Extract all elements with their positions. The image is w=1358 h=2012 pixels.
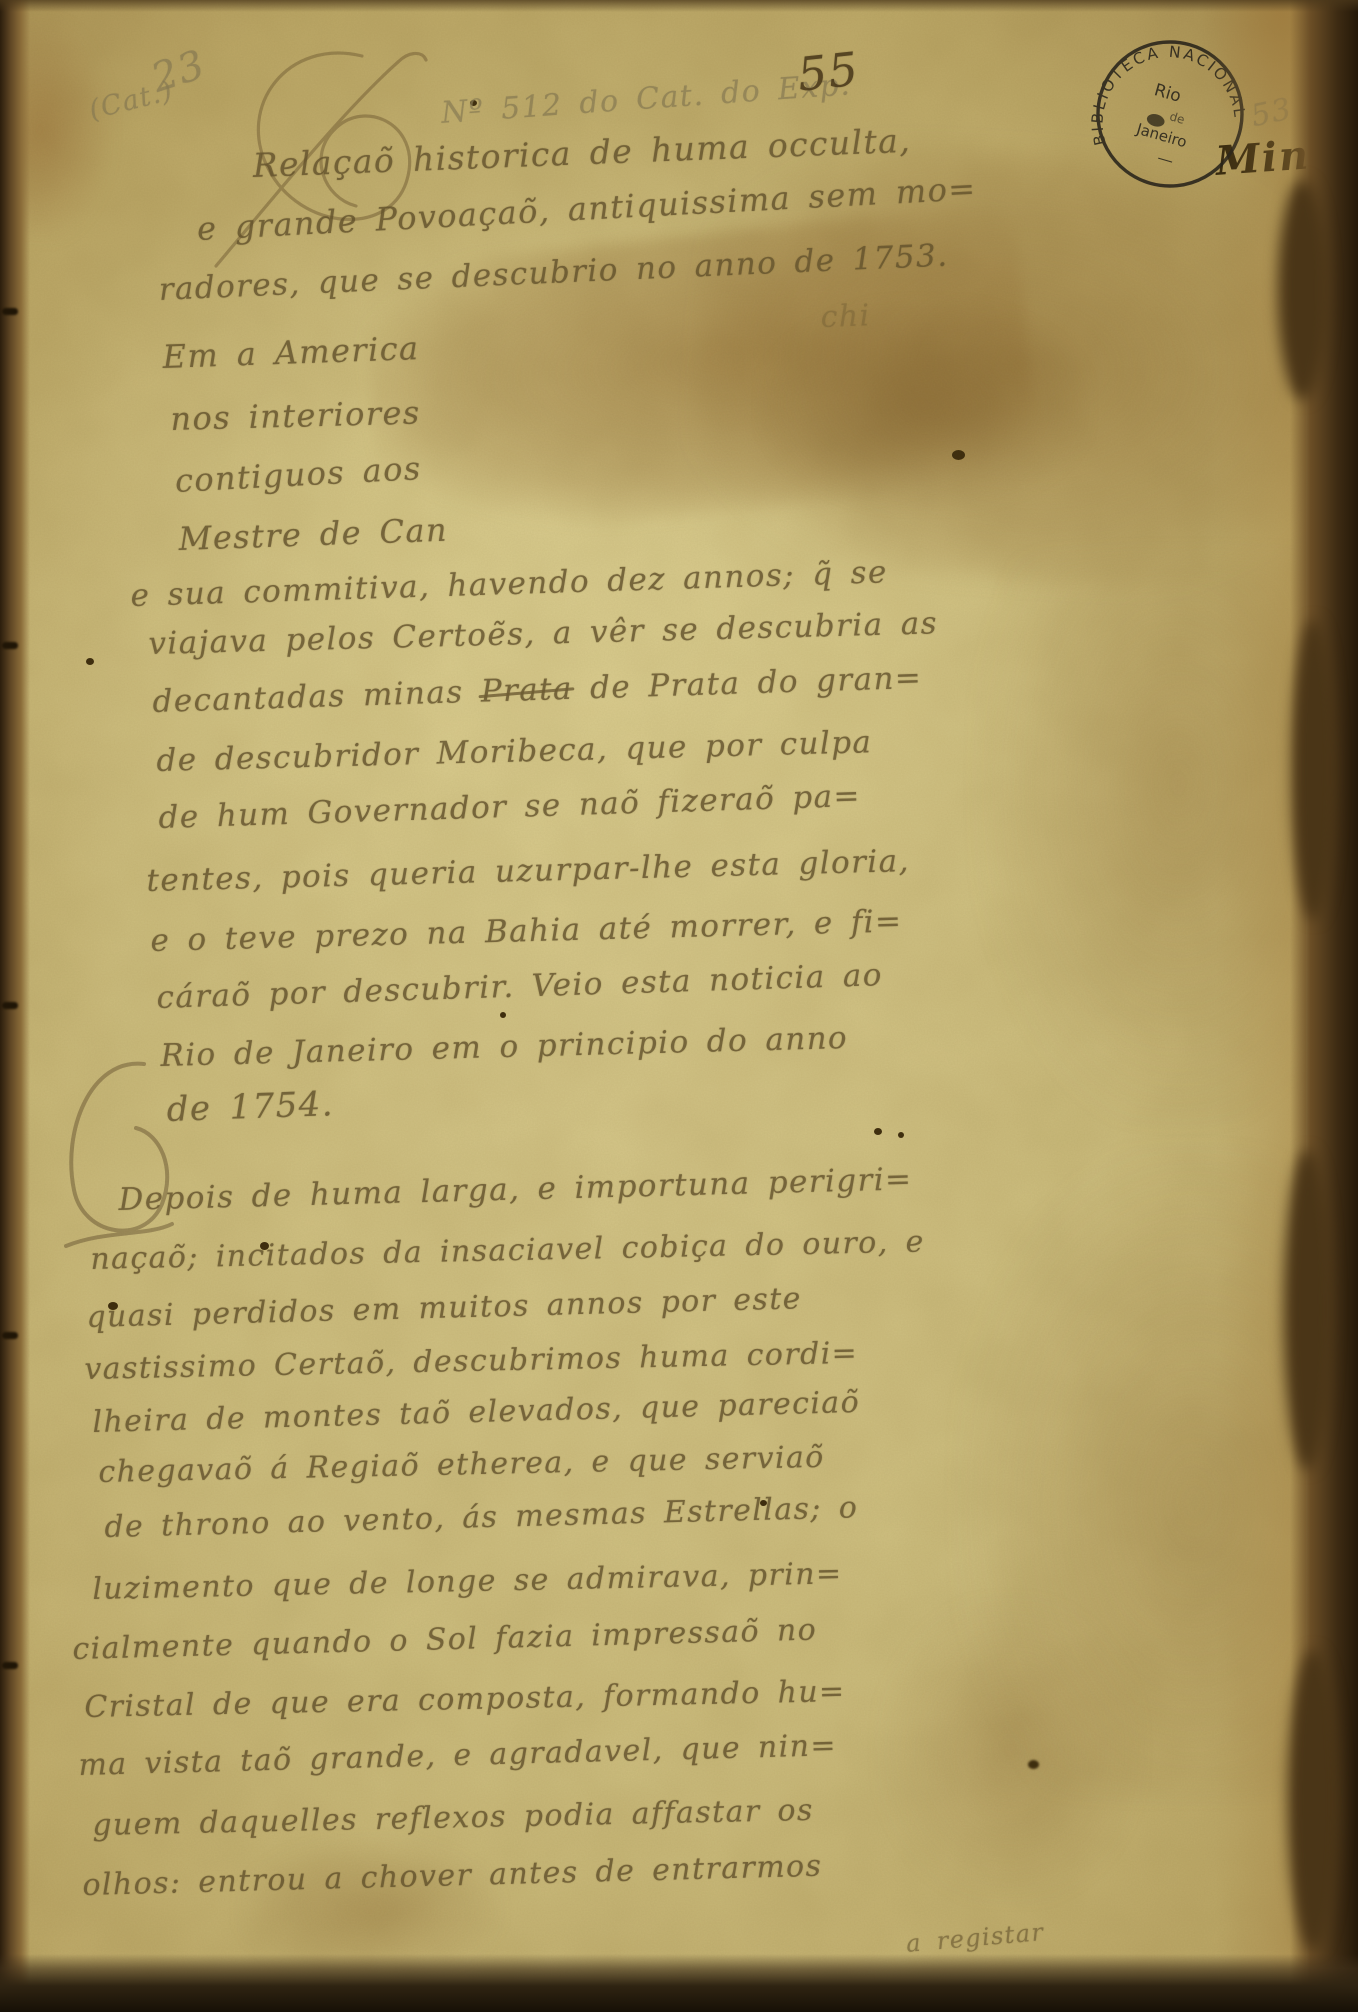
manuscript-line: de throno ao vento, ás mesmas Estrellas;… (104, 1490, 859, 1545)
manuscript-line: ma vista taõ grande, e agradavel, que ni… (78, 1728, 837, 1783)
binding-stitch (2, 1662, 18, 1669)
ink-speck (500, 1012, 506, 1018)
line-text: decantadas minas (152, 674, 481, 720)
torn-edge-blob (1292, 620, 1336, 920)
line-text: de hum Governador se naõ fizeraõ pa= (158, 778, 861, 836)
line-text: e o teve prezo na Bahia até morrer, e fi… (150, 903, 903, 959)
manuscript-line: contiguos aos (174, 449, 422, 500)
manuscript-line: vastissimo Certaõ, descubrimos huma cord… (84, 1336, 859, 1387)
catchword: a registar (905, 1918, 1045, 1958)
page-top-edge (0, 0, 1358, 12)
manuscript-line: Depois de huma larga, e importuna perigr… (118, 1161, 913, 1218)
line-text: chi (820, 298, 871, 335)
ink-speck (1028, 1760, 1039, 1769)
line-text: Em a America (162, 329, 420, 376)
line-text: quasi perdidos em muitos annos por este (86, 1281, 802, 1335)
manuscript-line: Relaçaõ historica de huma occulta, (252, 121, 912, 185)
ink-speck (898, 1132, 904, 1138)
line-text: chegavaõ á Regiaõ etherea, e que serviaõ (98, 1440, 825, 1490)
struck-word: Prata (480, 671, 573, 710)
line-text: de 1754. (166, 1084, 335, 1130)
ink-speck (86, 658, 94, 665)
binding-stitch (2, 1002, 18, 1009)
line-text: viajava pelos Certoẽs, a vêr se descubri… (148, 605, 938, 662)
line-text: de Prata do gran= (572, 660, 922, 707)
line-text: ma vista taõ grande, e agradavel, que ni… (78, 1728, 837, 1783)
manuscript-line: guem daquelles reflexos podia affastar o… (92, 1793, 814, 1843)
binding-stitch (2, 642, 18, 649)
manuscript-line: naçaõ; incitados da insaciavel cobiça do… (90, 1225, 925, 1277)
binding-stitch (2, 1332, 18, 1339)
line-text: contiguos aos (174, 449, 422, 500)
ink-speck (952, 450, 965, 460)
line-text: nos interiores (170, 393, 421, 438)
manuscript-line: Mestre de Can (178, 511, 449, 558)
manuscript-line: e sua commitiva, havendo dez annos; q̃ s… (130, 554, 888, 614)
line-text: tentes, pois queria uzurpar-lhe esta glo… (146, 843, 910, 899)
manuscript-line: Em a America (162, 329, 420, 376)
line-text: Rio de Janeiro em o principio do anno (160, 1020, 848, 1074)
manuscript-line: lheira de montes taõ elevados, que parec… (92, 1385, 861, 1440)
binding-stitch (2, 308, 18, 315)
line-text: cáraõ por descubrir. Veio esta noticia a… (156, 957, 883, 1016)
folio-number: 55 (795, 42, 862, 102)
line-text: Relaçaõ historica de huma occulta, (252, 121, 912, 185)
stain (880, 1600, 1140, 1900)
line-text: e sua commitiva, havendo dez annos; q̃ s… (130, 554, 888, 614)
line-text: radores, que se descubrio no anno de 175… (158, 238, 949, 308)
manuscript-line: quasi perdidos em muitos annos por este (86, 1281, 802, 1335)
manuscript-line: Cristal de que era composta, formando hu… (84, 1674, 846, 1725)
manuscript-line: decantadas minas Prata de Prata do gran= (152, 660, 923, 720)
manuscript-page: (Cat.) 23 Nº 512 do Cat. do Exp. 55 53 M… (0, 0, 1358, 2012)
line-text: lheira de montes taõ elevados, que parec… (92, 1385, 861, 1440)
manuscript-line: de 1754. (166, 1084, 335, 1130)
line-text: cialmente quando o Sol fazia impressaõ n… (72, 1613, 818, 1667)
manuscript-line: radores, que se descubrio no anno de 175… (158, 238, 949, 308)
manuscript-line: cialmente quando o Sol fazia impressaõ n… (72, 1613, 818, 1667)
line-text: Mestre de Can (178, 511, 449, 558)
line-text: olhos: entrou a chover antes de entrarmo… (82, 1849, 823, 1903)
manuscript-line: luzimento que de longe se admirava, prin… (92, 1556, 843, 1607)
stamp-city-line2: de (1168, 109, 1186, 127)
manuscript-line: de descubridor Moribeca, que por culpa (156, 724, 873, 779)
line-text: naçaõ; incitados da insaciavel cobiça do… (90, 1225, 925, 1277)
stamp-dash: — (1155, 148, 1176, 171)
binding-bottom (0, 1954, 1358, 2012)
manuscript-line: e o teve prezo na Bahia até morrer, e fi… (150, 903, 903, 959)
torn-edge-blob (1288, 1650, 1340, 1950)
line-text: luzimento que de longe se admirava, prin… (92, 1556, 843, 1607)
manuscript-line: nos interiores (170, 393, 421, 438)
manuscript-line: chi (820, 298, 871, 335)
ink-speck (874, 1128, 882, 1135)
stain (760, 300, 1090, 510)
torn-edge-blob (1278, 180, 1328, 400)
header-note: Nº 512 do Cat. do Exp. (440, 67, 852, 131)
stamp-city-line1: Rio (1152, 80, 1183, 107)
line-text: Cristal de que era composta, formando hu… (84, 1674, 846, 1725)
manuscript-line: Rio de Janeiro em o principio do anno (160, 1020, 848, 1074)
manuscript-line: olhos: entrou a chover antes de entrarmo… (82, 1849, 823, 1903)
line-text: vastissimo Certaõ, descubrimos huma cord… (84, 1336, 859, 1387)
torn-edge-blob (1284, 1150, 1332, 1470)
manuscript-line: chegavaõ á Regiaõ etherea, e que serviaõ (98, 1440, 825, 1490)
line-text: de descubridor Moribeca, que por culpa (156, 724, 873, 779)
line-text: guem daquelles reflexos podia affastar o… (92, 1793, 814, 1843)
manuscript-line: tentes, pois queria uzurpar-lhe esta glo… (146, 843, 910, 899)
manuscript-line: de hum Governador se naõ fizeraõ pa= (158, 778, 861, 836)
line-text: de throno ao vento, ás mesmas Estrellas;… (104, 1490, 859, 1545)
manuscript-line: cáraõ por descubrir. Veio esta noticia a… (156, 957, 883, 1016)
manuscript-line: viajava pelos Certoẽs, a vêr se descubri… (148, 605, 938, 662)
line-text: Depois de huma larga, e importuna perigr… (118, 1161, 913, 1218)
